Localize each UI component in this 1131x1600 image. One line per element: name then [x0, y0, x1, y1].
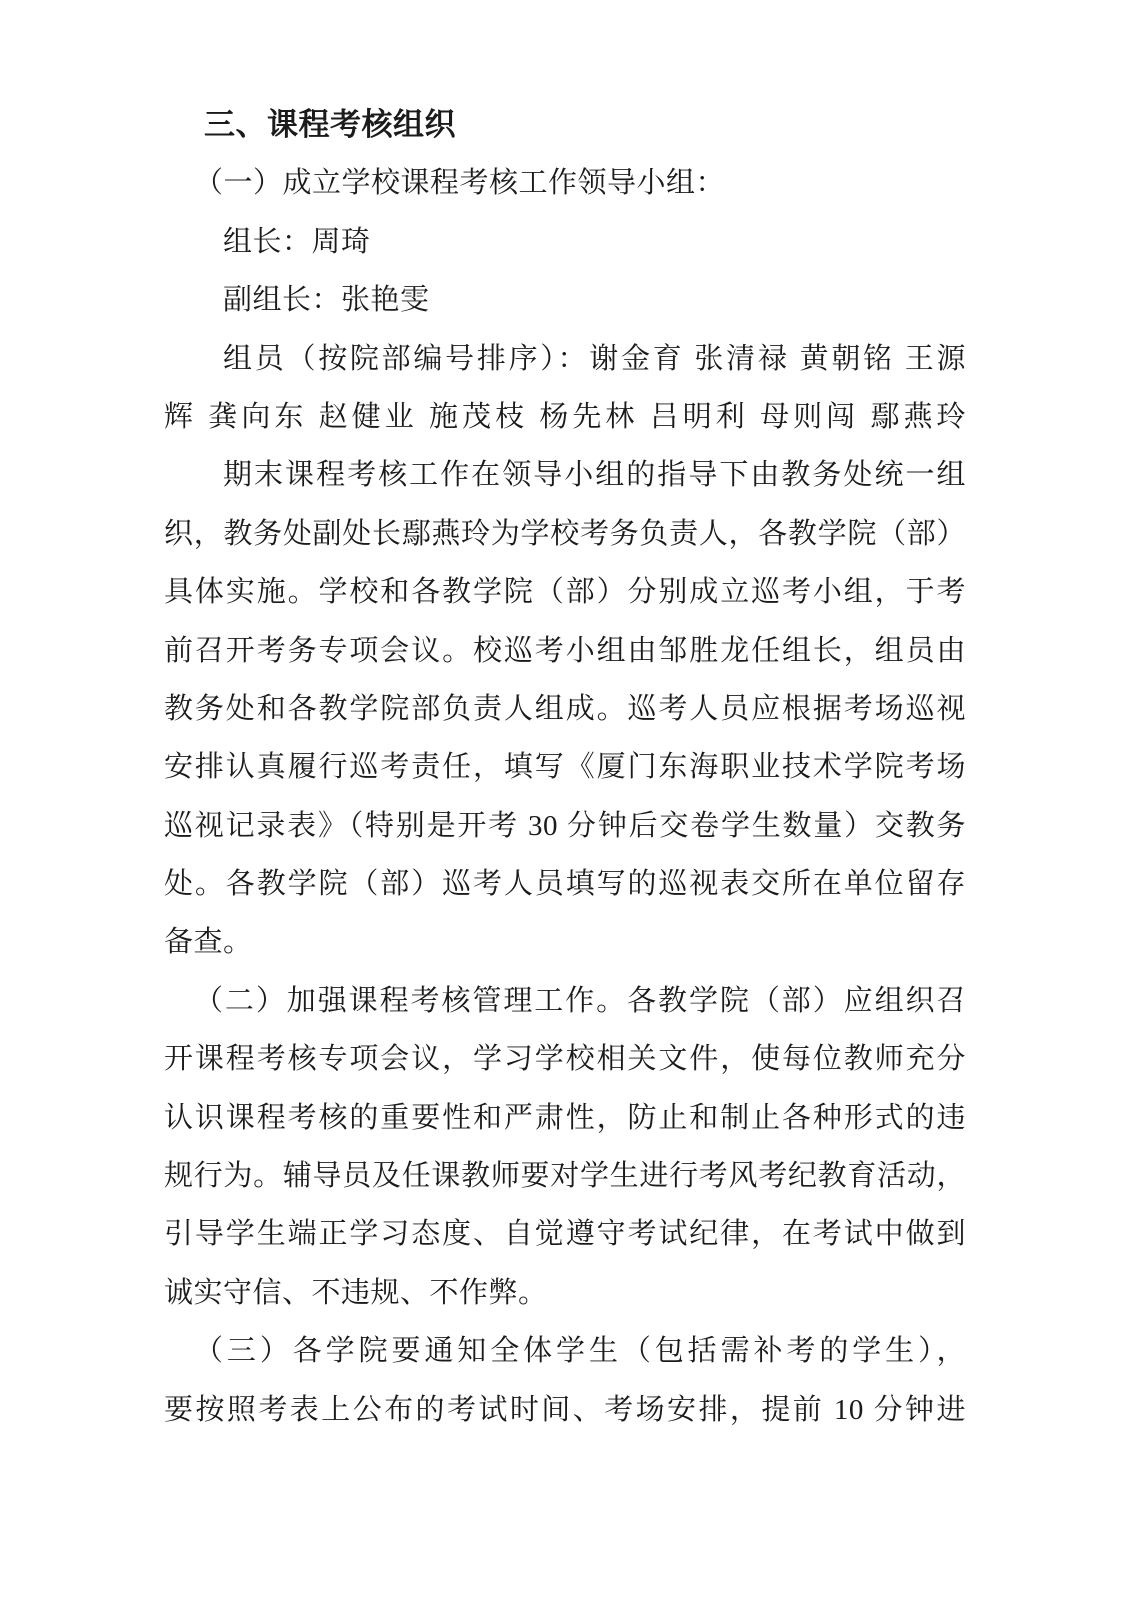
text-line: 备查。 [164, 913, 966, 971]
text-line: 前召开考务专项会议。校巡考小组由邹胜龙任组长，组员由 [164, 622, 966, 680]
text-line-members: 组员（按院部编号排序）：谢金育 张清禄 黄朝铭 王源 [164, 330, 966, 388]
text-line: 织，教务处副处长鄢燕玲为学校考务负责人，各教学院（部） [164, 505, 966, 563]
text-line-vice-leader: 副组长：张艳雯 [164, 271, 966, 329]
text-line: 教务处和各教学院部负责人组成。巡考人员应根据考场巡视 [164, 680, 966, 738]
text-line-leader: 组长：周琦 [164, 213, 966, 271]
text-line-subheading: （二）加强课程考核管理工作。各教学院（部）应组织召 [164, 972, 966, 1030]
text-line: 处。各教学院（部）巡考人员填写的巡视表交所在单位留存 [164, 855, 966, 913]
text-line-members: 辉 龚向东 赵健业 施茂枝 杨先林 吕明利 母则闯 鄢燕玲 [164, 388, 966, 446]
text-line-subheading: （三）各学院要通知全体学生（包括需补考的学生）， [164, 1322, 966, 1380]
document-page: 三、课程考核组织 （一）成立学校课程考核工作领导小组： 组长：周琦 副组长：张艳… [0, 0, 1131, 1600]
text-line: 具体实施。学校和各教学院（部）分别成立巡考小组，于考 [164, 563, 966, 621]
section-heading: 三、课程考核组织 [164, 96, 966, 154]
text-line: 认识课程考核的重要性和严肃性，防止和制止各种形式的违 [164, 1089, 966, 1147]
text-line: 安排认真履行巡考责任，填写《厦门东海职业技术学院考场 [164, 738, 966, 796]
document-body: 三、课程考核组织 （一）成立学校课程考核工作领导小组： 组长：周琦 副组长：张艳… [164, 96, 966, 1439]
text-line: 引导学生端正学习态度、自觉遵守考试纪律，在考试中做到 [164, 1205, 966, 1263]
text-line: 开课程考核专项会议，学习学校相关文件，使每位教师充分 [164, 1030, 966, 1088]
text-line-subheading: （一）成立学校课程考核工作领导小组： [164, 154, 966, 212]
text-line: 要按照考表上公布的考试时间、考场安排，提前 10 分钟进 [164, 1381, 966, 1439]
text-line: 诚实守信、不违规、不作弊。 [164, 1264, 966, 1322]
text-line: 期末课程考核工作在领导小组的指导下由教务处统一组 [164, 446, 966, 504]
text-line: 规行为。辅导员及任课教师要对学生进行考风考纪教育活动， [164, 1147, 966, 1205]
text-line: 巡视记录表》（特别是开考 30 分钟后交卷学生数量）交教务 [164, 797, 966, 855]
